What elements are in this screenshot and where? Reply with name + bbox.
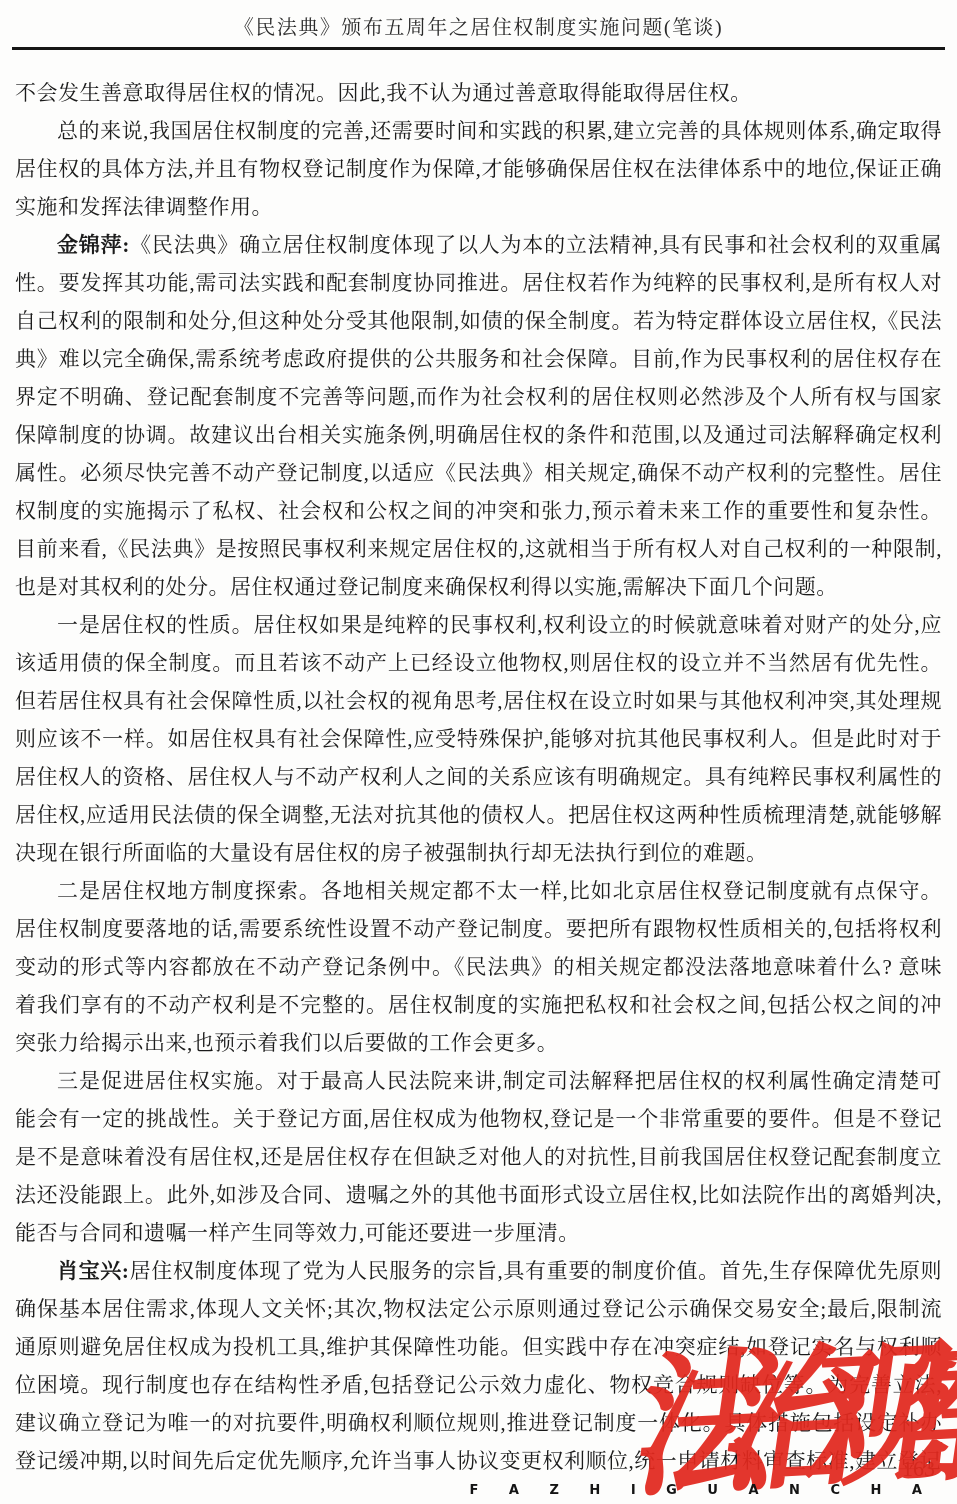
paragraph: 肖宝兴:居住权制度体现了党为人民服务的宗旨,具有重要的制度价值。首先,生存保障优… [15, 1252, 942, 1480]
speaker-name: 肖宝兴: [57, 1259, 129, 1283]
paragraph-text: 《民法典》确立居住权制度体现了以人为本的立法精神,具有民事和社会权利的双重属性。… [15, 233, 942, 599]
paragraph-text: 三是促进居住权实施。对于最高人民法院来讲,制定司法解释把居住权的权利属性确定清楚… [15, 1069, 942, 1245]
journal-page: 《民法典》颁布五周年之居住权制度实施问题(笔谈) 不会发生善意取得居住权的情况。… [0, 0, 957, 1504]
paragraph: 二是居住权地方制度探索。各地相关规定都不太一样,比如北京居住权登记制度就有点保守… [15, 872, 942, 1062]
header-rule [12, 47, 945, 50]
paragraph: 不会发生善意取得居住权的情况。因此,我不认为通过善意取得能取得居住权。 [15, 74, 942, 112]
watermark-latin-caption: F A Z H I G U A N C H A [469, 1483, 935, 1498]
paragraph-text: 一是居住权的性质。居住权如果是纯粹的民事权利,权利设立的时候就意味着对财产的处分… [15, 613, 942, 865]
page-number: 163 [902, 1456, 935, 1482]
running-head-title: 《民法典》颁布五周年之居住权制度实施问题(笔谈) [0, 0, 957, 40]
speaker-name: 金锦萍: [57, 233, 130, 257]
paragraph-text: 居住权制度体现了党为人民服务的宗旨,具有重要的制度价值。首先,生存保障优先原则确… [15, 1259, 942, 1473]
paragraph: 一是居住权的性质。居住权如果是纯粹的民事权利,权利设立的时候就意味着对财产的处分… [15, 606, 942, 872]
paragraph-text: 总的来说,我国居住权制度的完善,还需要时间和实践的积累,建立完善的具体规则体系,… [15, 119, 942, 219]
paragraph: 总的来说,我国居住权制度的完善,还需要时间和实践的积累,建立完善的具体规则体系,… [15, 112, 942, 226]
paragraph: 金锦萍:《民法典》确立居住权制度体现了以人为本的立法精神,具有民事和社会权利的双… [15, 226, 942, 606]
paragraph-text: 二是居住权地方制度探索。各地相关规定都不太一样,比如北京居住权登记制度就有点保守… [15, 879, 942, 1055]
paragraph-text: 不会发生善意取得居住权的情况。因此,我不认为通过善意取得能取得居住权。 [15, 81, 752, 105]
paragraph: 三是促进居住权实施。对于最高人民法院来讲,制定司法解释把居住权的权利属性确定清楚… [15, 1062, 942, 1252]
article-body: 不会发生善意取得居住权的情况。因此,我不认为通过善意取得能取得居住权。 总的来说… [0, 74, 957, 1480]
